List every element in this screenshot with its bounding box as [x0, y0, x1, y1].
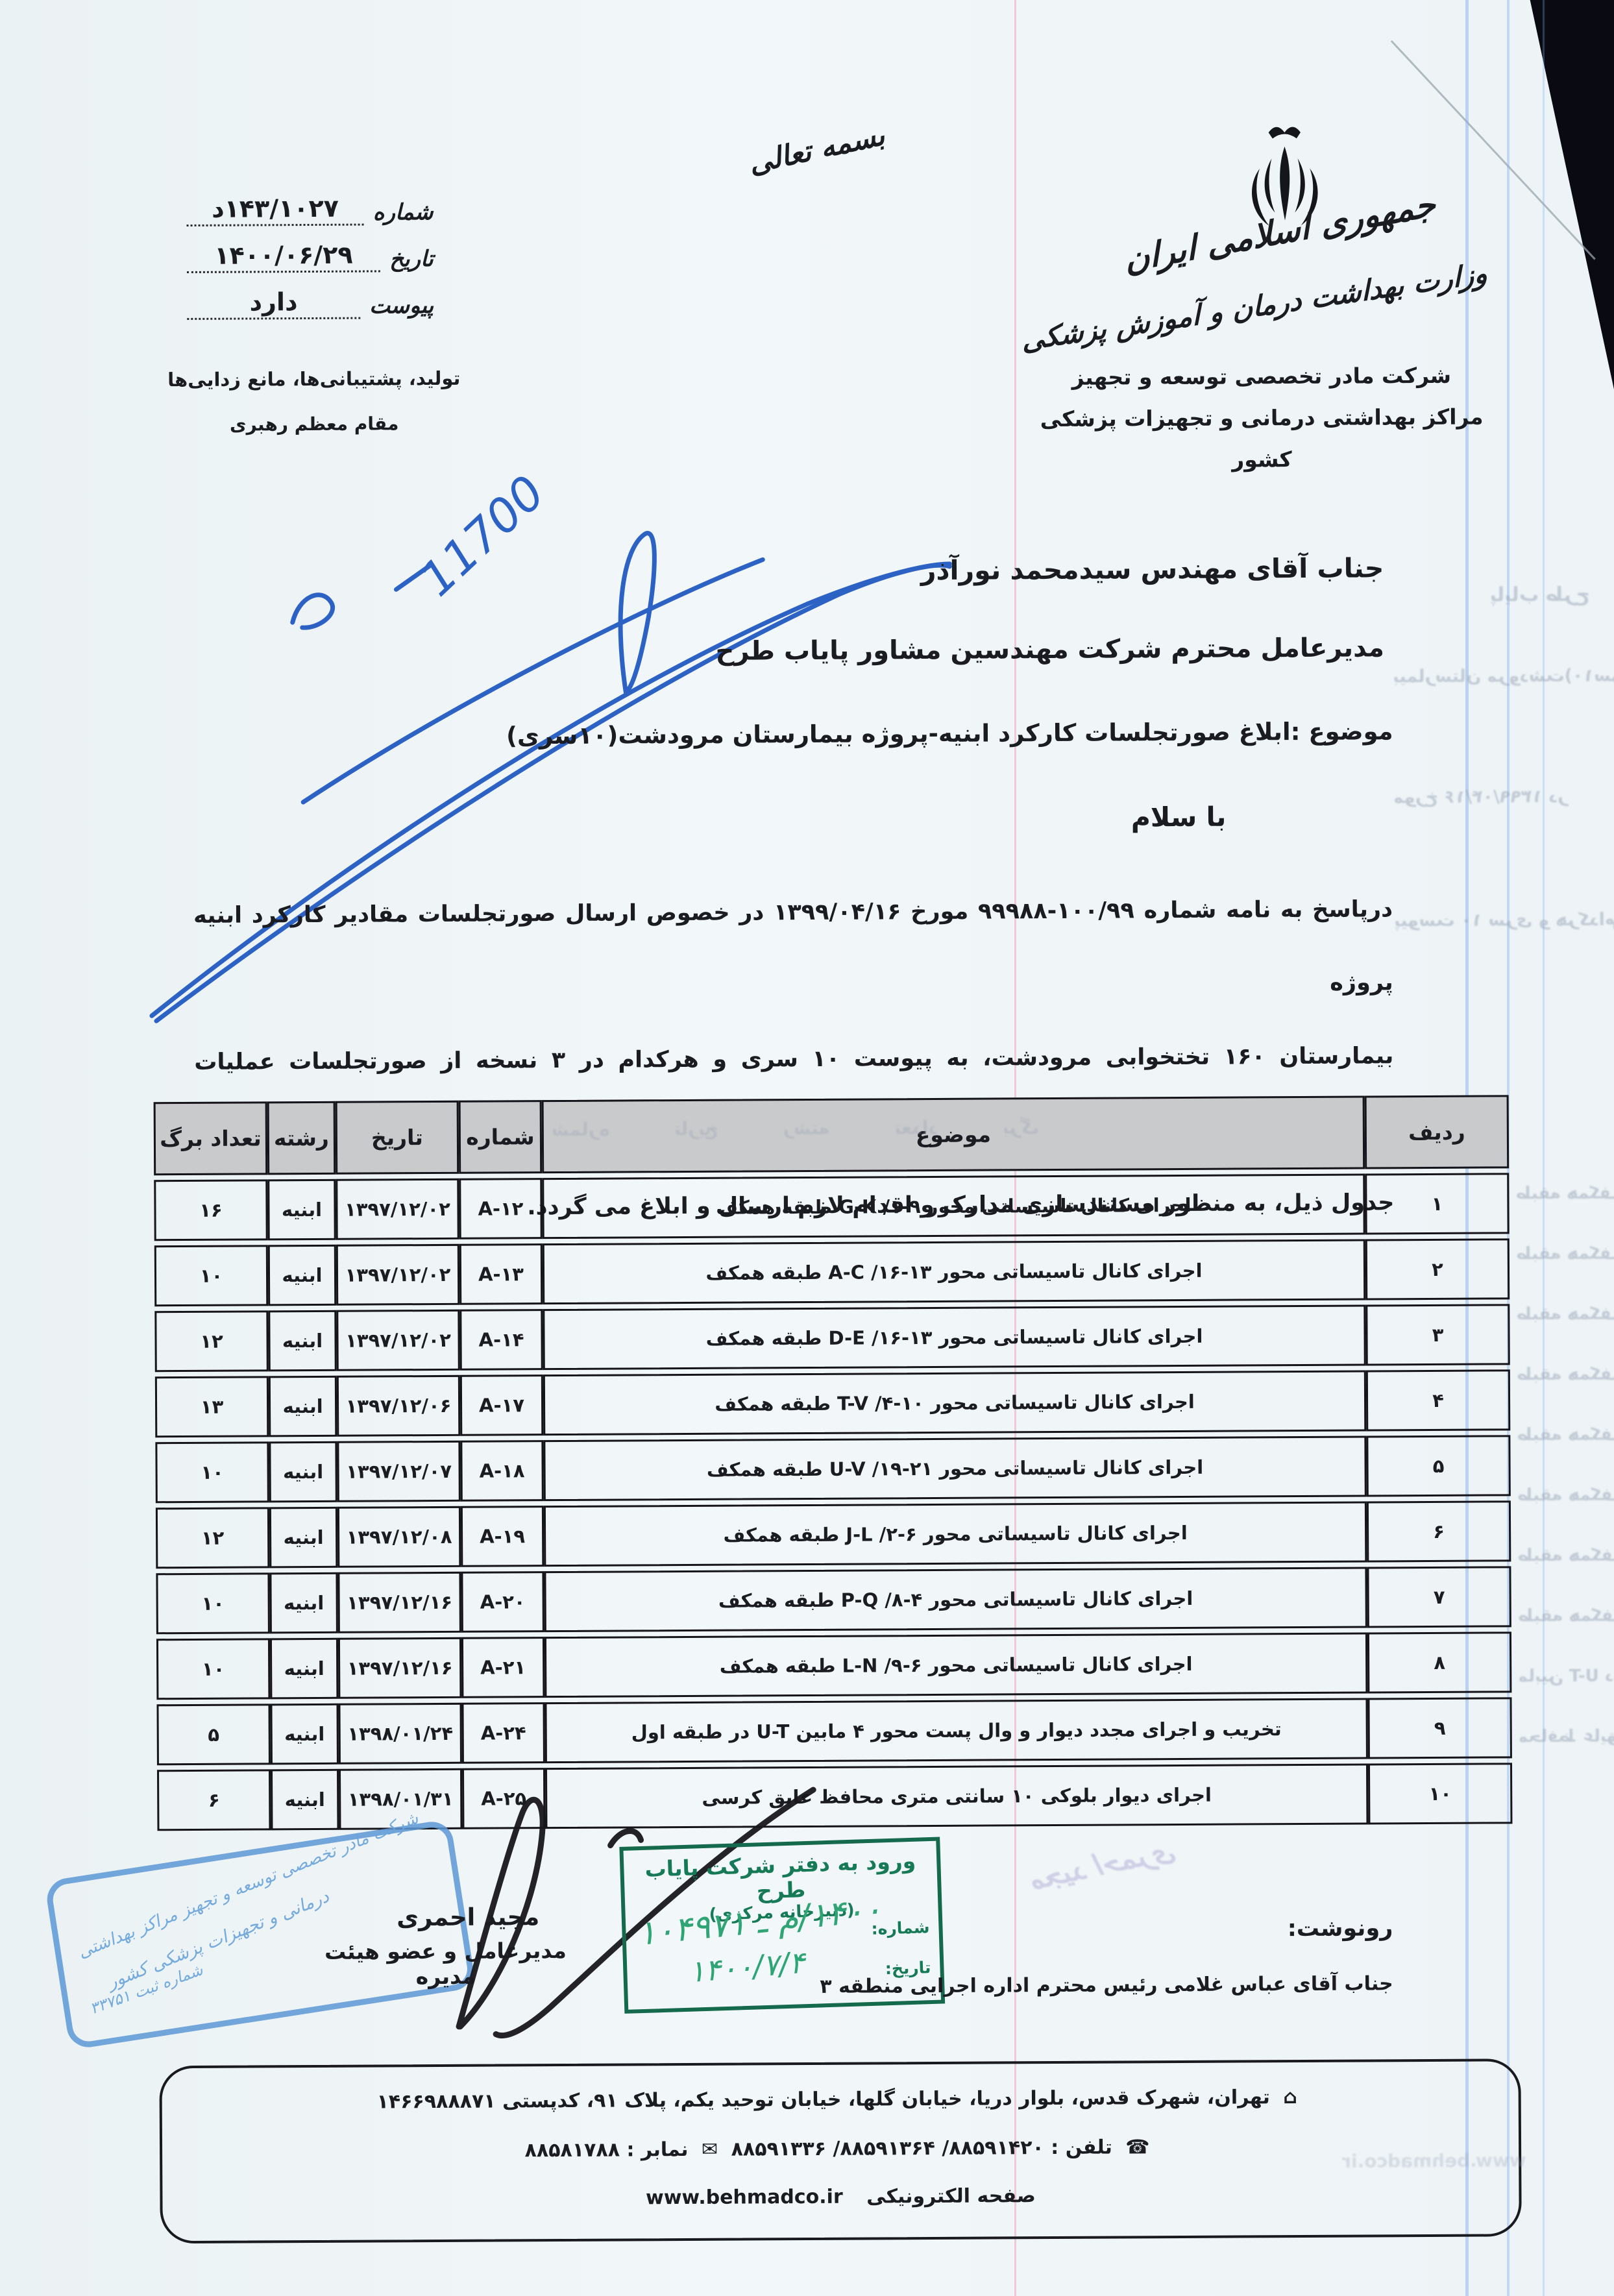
footer-contact-box: ⌂ تهران، شهرک قدس، بلوار دریا، خیابان گل… — [159, 2058, 1521, 2243]
footer-fax-label: نمابر : — [626, 2138, 688, 2161]
ghost-text: طبقه همکف D-E /۱۶-۱۳ — [1516, 1304, 1614, 1325]
cc-recipient: جناب آقای عباس غلامی رئیس محترم اداره اج… — [820, 1972, 1393, 1998]
footer-address: تهران، شهرک قدس، بلوار دریا، خیابان گلها… — [376, 2086, 1270, 2113]
ghost-text: طبقه همکف L-N /۹-۶ — [1518, 1606, 1614, 1626]
ghost-text: www.behmadco.ir — [1342, 2149, 1526, 2171]
ghost-text: بیمارستان مرودشت(۱۰سری) — [1393, 665, 1614, 687]
footer-phone-line: ☎ تلفن : ۸۸۵۹۱۴۲۰/ ۸۸۵۹۱۳۶۴/ ۸۸۵۹۱۳۳۶ ✉ … — [162, 2134, 1519, 2164]
ghost-text: محافظ عایق کرسی — [1519, 1726, 1614, 1746]
ghost-text: طبقه همکف P-Q /۸-۴ — [1517, 1545, 1614, 1565]
entry-stamp-title: ورود به دفتر شرکت پایاب طرح — [624, 1848, 938, 1908]
ghost-text: شماره تاریخ رشته تعداد برگ — [552, 1115, 1363, 1141]
footer-website-url: www.behmadco.ir — [646, 2186, 843, 2210]
ghost-text: مابین U-T در طبقه اول — [1518, 1666, 1614, 1687]
ghost-text: پایاب طرح — [1489, 583, 1589, 607]
footer-address-line: ⌂ تهران، شهرک قدس، بلوار دریا، خیابان گل… — [162, 2084, 1519, 2114]
fax-icon: ✉ — [702, 2138, 718, 2161]
ghost-text: طبقه همکف G-K /۱-۹ — [1515, 1183, 1614, 1203]
phone-icon: ☎ — [1125, 2136, 1150, 2158]
signatory-title: مدیرعامل و عضو هیئت مدیره — [315, 1938, 575, 1990]
entry-stamp-date-handwriting: ۱۴۰۰/۷/۴ — [687, 1945, 806, 1990]
ghost-text: پیوست ۱۰ سری و هرکدام — [1394, 909, 1614, 931]
footer-phone-numbers: ۸۸۵۹۱۴۲۰/ ۸۸۵۹۱۳۶۴/ ۸۸۵۹۱۳۳۶ — [731, 2136, 1044, 2161]
ghost-text: طبقه همکف T-V /۴-۱۰ — [1517, 1364, 1614, 1385]
ghost-text: طبقه همکف J-L /۲-۶ — [1517, 1485, 1614, 1505]
scanned-letter-page: بسمه تعالی جمهوری اسلامی ایران وزارت بهد… — [0, 0, 1614, 2296]
footer-web-line: صفحه الکترونیکی www.behmadco.ir — [162, 2182, 1519, 2212]
ghost-text: طبقه همکف A-C /۱۶-۱۳ — [1516, 1243, 1614, 1264]
cc-label: رونوشت: — [1288, 1915, 1393, 1942]
document-content: بسمه تعالی جمهوری اسلامی ایران وزارت بهد… — [0, 0, 1614, 2296]
footer-phone-label: تلفن : — [1051, 2136, 1112, 2159]
ghost-text: طبقه همکف U-V /۱۹-۲۱ — [1517, 1424, 1614, 1445]
footer-fax-number: ۸۸۵۸۱۷۸۸ — [524, 2139, 620, 2162]
signatory-name: مجید احمری — [374, 1903, 562, 1932]
ghost-text: مورخ ۱۳۹۹/۰۴/۱۶ در — [1393, 787, 1568, 807]
footer-web-label: صفحه الکترونیکی — [866, 2184, 1036, 2208]
address-icon: ⌂ — [1283, 2086, 1297, 2108]
